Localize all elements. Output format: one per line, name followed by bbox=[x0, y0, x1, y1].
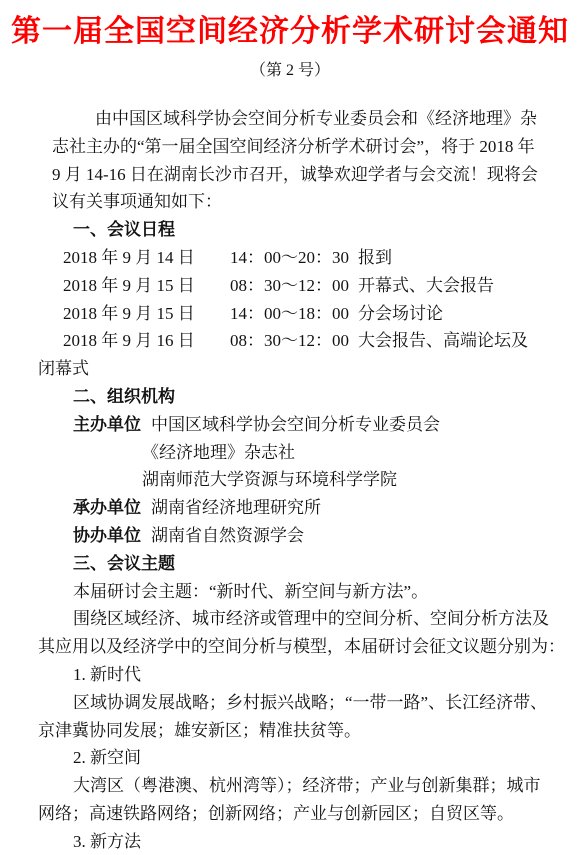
organizer-row: 协办单位湖南省自然资源学会 bbox=[73, 522, 568, 550]
organizer-name: 湖南师范大学资源与环境科学学院 bbox=[142, 470, 397, 489]
document-page: 第一届全国空间经济分析学术研讨会通知 （第 2 号） 由中国区域科学协会空间分析… bbox=[0, 0, 580, 855]
document-title: 第一届全国空间经济分析学术研讨会通知 bbox=[0, 13, 580, 50]
agenda-row: 2018 年 9 月 15 日08：30～12：00开幕式、大会报告 bbox=[63, 272, 568, 300]
organizer-name: 湖南省自然资源学会 bbox=[151, 526, 304, 545]
agenda-time: 08：30～12：00 bbox=[230, 331, 349, 350]
intro-line: 志社主办的“第一届全国空间经济分析学术研讨会”，将于 2018 年 bbox=[52, 133, 568, 161]
topic-label: 2. 新空间 bbox=[73, 744, 568, 772]
intro-line: 由中国区域科学协会空间分析专业委员会和《经济地理》杂 bbox=[95, 105, 568, 133]
scope-line: 围绕区域经济、城市经济或管理中的空间分析、空间分析方法及 bbox=[73, 605, 568, 633]
agenda-date: 2018 年 9 月 15 日 bbox=[63, 272, 230, 300]
agenda-event: 开幕式、大会报告 bbox=[358, 276, 494, 295]
agenda-event: 大会报告、高端论坛及 bbox=[358, 331, 528, 350]
theme-line: 本届研讨会主题：“新时代、新空间与新方法”。 bbox=[73, 578, 568, 606]
agenda-event: 报到 bbox=[358, 248, 392, 267]
section-heading-organization: 二、组织机构 bbox=[73, 383, 568, 411]
agenda-time: 14：00～20：30 bbox=[230, 248, 349, 267]
organizer-name: 中国区域科学协会空间分析专业委员会 bbox=[151, 415, 440, 434]
agenda-row: 2018 年 9 月 14 日14：00～20：30报到 bbox=[63, 244, 568, 272]
agenda-event: 分会场讨论 bbox=[358, 304, 443, 323]
agenda-row: 2018 年 9 月 15 日14：00～18：00分会场讨论 bbox=[63, 300, 568, 328]
organizer-name: 《经济地理》杂志社 bbox=[142, 443, 295, 462]
topic-line: 大湾区（粤港澳、杭州湾等）；经济带；产业与创新集群；城市 bbox=[73, 772, 568, 800]
topic-label: 3. 新方法 bbox=[73, 828, 568, 855]
topic-line: 网络；高速铁路网络；创新网络；产业与创新园区；自贸区等。 bbox=[38, 800, 568, 828]
document-body: 由中国区域科学协会空间分析专业委员会和《经济地理》杂 志社主办的“第一届全国空间… bbox=[0, 105, 580, 855]
agenda-date: 2018 年 9 月 15 日 bbox=[63, 300, 230, 328]
document-subtitle: （第 2 号） bbox=[0, 59, 580, 82]
agenda-date: 2018 年 9 月 14 日 bbox=[63, 244, 230, 272]
section-heading-agenda: 一、会议日程 bbox=[73, 216, 568, 244]
agenda-wrap-line: 闭幕式 bbox=[38, 355, 568, 383]
topic-line: 区域协调发展战略；乡村振兴战略；“一带一路”、长江经济带、 bbox=[73, 689, 568, 717]
agenda-row: 2018 年 9 月 16 日08：30～12：00大会报告、高端论坛及 bbox=[63, 327, 568, 355]
organizer-role: 承办单位 bbox=[73, 498, 141, 517]
topic-line: 京津冀协同发展；雄安新区；精准扶贫等。 bbox=[38, 717, 568, 745]
organizer-row: 主办单位中国区域科学协会空间分析专业委员会 bbox=[73, 411, 568, 439]
section-heading-theme: 三、会议主题 bbox=[73, 550, 568, 578]
organizer-row: 承办单位湖南省经济地理研究所 bbox=[73, 494, 568, 522]
organizer-row: 湖南师范大学资源与环境科学学院 bbox=[142, 466, 568, 494]
intro-line: 议有关事项通知如下： bbox=[52, 188, 568, 216]
scope-line: 其应用以及经济学中的空间分析与模型，本届研讨会征文议题分别为： bbox=[38, 633, 568, 661]
agenda-time: 14：00～18：00 bbox=[230, 304, 349, 323]
intro-line: 9 月 14-16 日在湖南长沙市召开，诚挚欢迎学者与会交流！现将会 bbox=[52, 161, 568, 189]
organizer-role: 协办单位 bbox=[73, 526, 141, 545]
agenda-time: 08：30～12：00 bbox=[230, 276, 349, 295]
organizer-row: 《经济地理》杂志社 bbox=[142, 439, 568, 467]
agenda-date: 2018 年 9 月 16 日 bbox=[63, 327, 230, 355]
topic-label: 1. 新时代 bbox=[73, 661, 568, 689]
organizer-name: 湖南省经济地理研究所 bbox=[151, 498, 321, 517]
organizer-role: 主办单位 bbox=[73, 415, 141, 434]
